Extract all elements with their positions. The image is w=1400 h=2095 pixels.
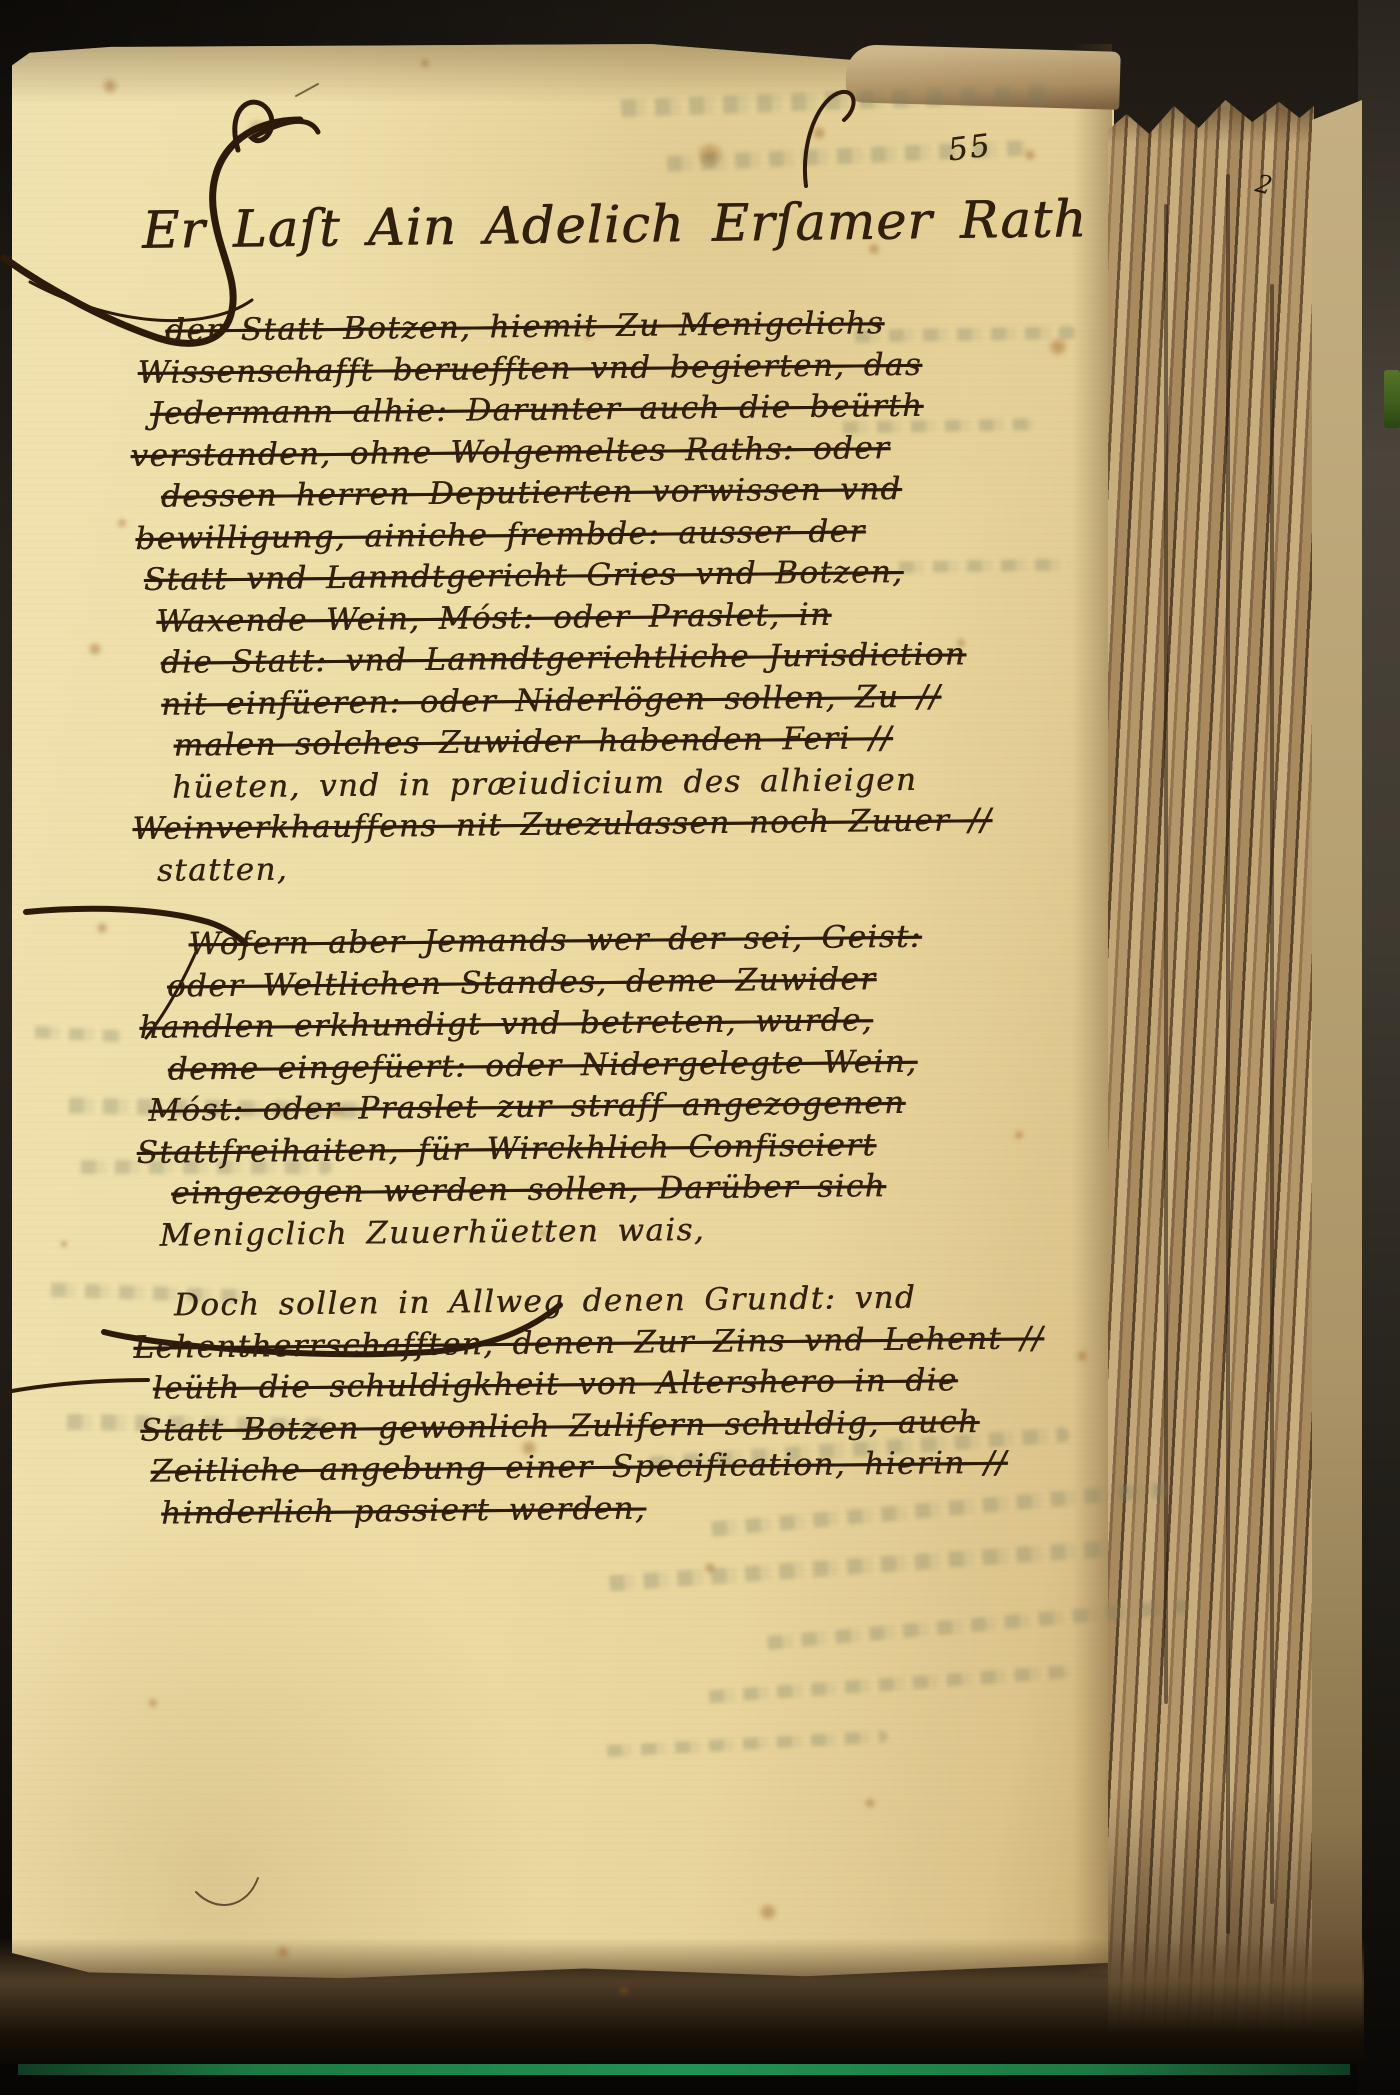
foxing-spot bbox=[864, 1798, 876, 1808]
foxing-spot bbox=[96, 922, 108, 934]
foxing-spot bbox=[758, 1904, 778, 1920]
paragraph-3: Doch sollen in Allweg denen Grundt: vndL… bbox=[117, 1276, 1080, 1535]
paragraph-1: der Statt Botzen, hiemit Zu MenigclichsW… bbox=[137, 301, 1103, 892]
foxing-spot bbox=[148, 1698, 158, 1708]
foxing-spot bbox=[117, 518, 127, 528]
manuscript-photo: 55 2 Er Laſt Ain Adelich Erſamer Rath de… bbox=[0, 0, 1400, 2095]
foxing-spot bbox=[618, 1986, 630, 1996]
bottom-shadow bbox=[0, 1938, 1364, 2064]
backdrop-right-band bbox=[1358, 0, 1400, 2095]
foxing-spot bbox=[60, 1240, 68, 1248]
fore-edge-crack bbox=[1164, 204, 1168, 1704]
foxing-spot bbox=[88, 642, 102, 656]
foxing-spot bbox=[102, 78, 118, 94]
fore-edge-crack bbox=[1270, 284, 1274, 1904]
folio-number: 55 bbox=[946, 127, 994, 168]
foxing-spot bbox=[1076, 1350, 1088, 1362]
foxing-spot bbox=[812, 126, 826, 140]
foxing-spot bbox=[247, 120, 269, 140]
book-board-edge bbox=[1312, 100, 1362, 2058]
green-ribbon bbox=[1384, 370, 1400, 428]
heading-line: Er Laſt Ain Adelich Erſamer Rath bbox=[142, 190, 1063, 260]
foxing-spot bbox=[276, 1946, 290, 1958]
page-fore-edge bbox=[1108, 84, 1314, 2062]
foxing-spot bbox=[420, 58, 430, 68]
paragraph-2: Wofern aber Jemands wer der sei, Geist:o… bbox=[126, 915, 1089, 1257]
fore-edge-crack bbox=[1226, 174, 1230, 1934]
